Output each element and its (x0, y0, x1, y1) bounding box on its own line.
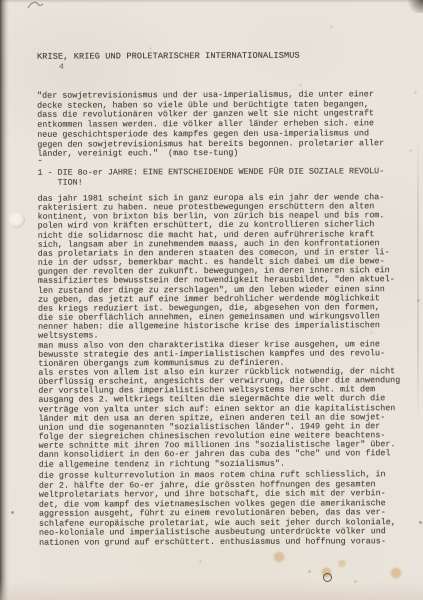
stain (389, 567, 403, 579)
section-1-heading: 1 - DIE 8o-er JAHRE: EINE ENTSCHEIDENDE … (37, 167, 384, 188)
mao-quote-paragraph: "der sowjetrevisionismus und der usa-imp… (37, 90, 384, 159)
stain (337, 559, 347, 568)
scanned-document-page: KRISE, KRIEG UND PROLETARISCHER INTERNAT… (0, 0, 423, 600)
paper-speckles (0, 0, 1, 1)
pencil-mark: 4 (58, 62, 64, 72)
stain (272, 551, 286, 563)
scan-bottom-shading (0, 580, 423, 600)
document-content: KRISE, KRIEG UND PROLETARISCHER INTERNAT… (0, 0, 423, 600)
document-title: KRISE, KRIEG UND PROLETARISCHER INTERNAT… (37, 51, 300, 62)
body-paragraph-1: das jahr 1981 scheint sich in ganz europ… (38, 193, 401, 469)
handwritten-dash: - (37, 156, 42, 166)
body-paragraph-2: die grosse kulturrevolution in maos rote… (39, 470, 396, 548)
stain-dot (308, 570, 311, 573)
